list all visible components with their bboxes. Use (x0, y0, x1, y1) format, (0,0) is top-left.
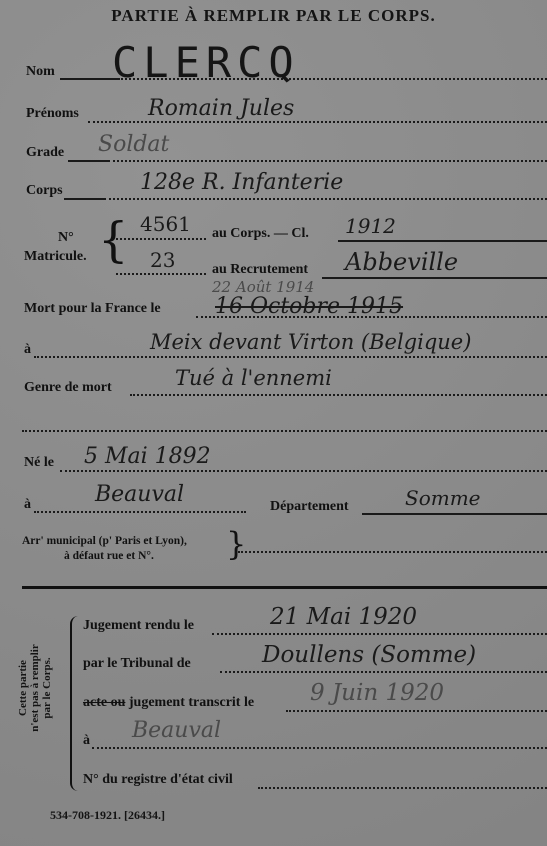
matricule-brace-icon: { (98, 216, 129, 264)
matricule-recrutement-number: 23 (150, 248, 175, 272)
corps-value: 128e R. Infanterie (140, 170, 343, 195)
arrondissement-label-1: Arr' municipal (p' Paris et Lyon), (22, 535, 187, 547)
nom-label: Nom (26, 64, 55, 80)
arrondissement-label-2: à défaut rue et N°. (64, 550, 154, 562)
arrondissement-line (238, 551, 547, 553)
corps-label: Corps (26, 183, 63, 199)
transcrit-label-text: jugement transcrit le (129, 695, 254, 710)
section-divider (22, 586, 547, 589)
matricule-label-no: N° (58, 230, 74, 246)
registre-label: N° du registre d'état civil (83, 772, 233, 788)
matricule-corps-line (116, 238, 206, 240)
lieu-mort-label: à (24, 342, 31, 358)
prenoms-line (88, 121, 547, 123)
matricule-corps-number: 4561 (140, 212, 191, 236)
transcrit-lieu-label: à (83, 733, 90, 749)
tribunal-value: Doullens (Somme) (262, 642, 476, 668)
classe-value: 1912 (345, 214, 396, 238)
form-title: PARTIE À REMPLIR PAR LE CORPS. (0, 6, 547, 26)
grade-label: Grade (26, 145, 64, 161)
jugement-rendu-label: Jugement rendu le (83, 618, 194, 634)
tribunal-label: par le Tribunal de (83, 656, 191, 672)
recrutement-line (322, 277, 547, 279)
lieu-naissance-value: Beauval (95, 482, 184, 507)
prenoms-label: Prénoms (26, 106, 79, 122)
transcrit-line (286, 710, 547, 712)
transcrit-lieu-line (92, 747, 547, 749)
jugement-rendu-line (212, 633, 547, 635)
departement-label: Département (270, 499, 349, 515)
side-note-line-3: par le Corps. (41, 633, 53, 743)
lieu-mort-value: Meix devant Virton (Belgique) (150, 330, 471, 354)
registre-line (258, 787, 547, 789)
matricule-recrutement-line (116, 273, 206, 275)
grade-value: Soldat (98, 132, 169, 157)
print-code: 534-708-1921. [26434.] (50, 808, 165, 823)
transcrit-label: acte ou jugement transcrit le (83, 695, 254, 711)
naissance-value: 5 Mai 1892 (84, 444, 211, 469)
recrutement-value: Abbeville (345, 248, 458, 276)
transcrit-lieu-value: Beauval (132, 718, 221, 743)
lieu-mort-line (34, 356, 547, 358)
corps-line (104, 198, 547, 200)
lieu-naissance-label: à (24, 497, 31, 513)
side-note-line-1: Cette partie (17, 633, 29, 743)
transcrit-value: 9 Juin 1920 (310, 680, 444, 706)
side-note-line-2: n'est pas à remplir (29, 633, 41, 743)
transcrit-label-struck: acte ou (83, 695, 125, 710)
departement-value: Somme (405, 486, 481, 510)
classe-line (338, 240, 547, 242)
corps-line-solid (64, 198, 104, 200)
arrondissement-brace-icon: } (226, 528, 246, 560)
jugement-rendu-value: 21 Mai 1920 (270, 604, 417, 630)
nom-line-solid (60, 78, 118, 80)
departement-line (362, 513, 547, 515)
matricule-label: Matricule. (24, 249, 87, 265)
genre-mort-line (130, 394, 547, 396)
grade-line-solid (68, 160, 108, 162)
lieu-naissance-line (34, 511, 246, 513)
nom-value: CLERCQ (112, 38, 300, 87)
matricule-recrutement-label: au Recrutement (212, 262, 308, 278)
prenoms-value: Romain Jules (148, 96, 294, 121)
naissance-label: Né le (24, 455, 54, 471)
naissance-line (60, 470, 547, 472)
genre-mort-value: Tué à l'ennemi (175, 366, 332, 390)
grade-line (108, 160, 547, 162)
mort-original-value: 16 Octobre 1915 (215, 294, 403, 319)
tribunal-line (220, 671, 547, 673)
jugement-brace-icon (70, 616, 80, 791)
genre-mort-label: Genre de mort (24, 380, 112, 396)
mort-label: Mort pour la France le (24, 301, 161, 317)
blank-line (22, 430, 547, 432)
matricule-corps-label: au Corps. — Cl. (212, 226, 309, 242)
